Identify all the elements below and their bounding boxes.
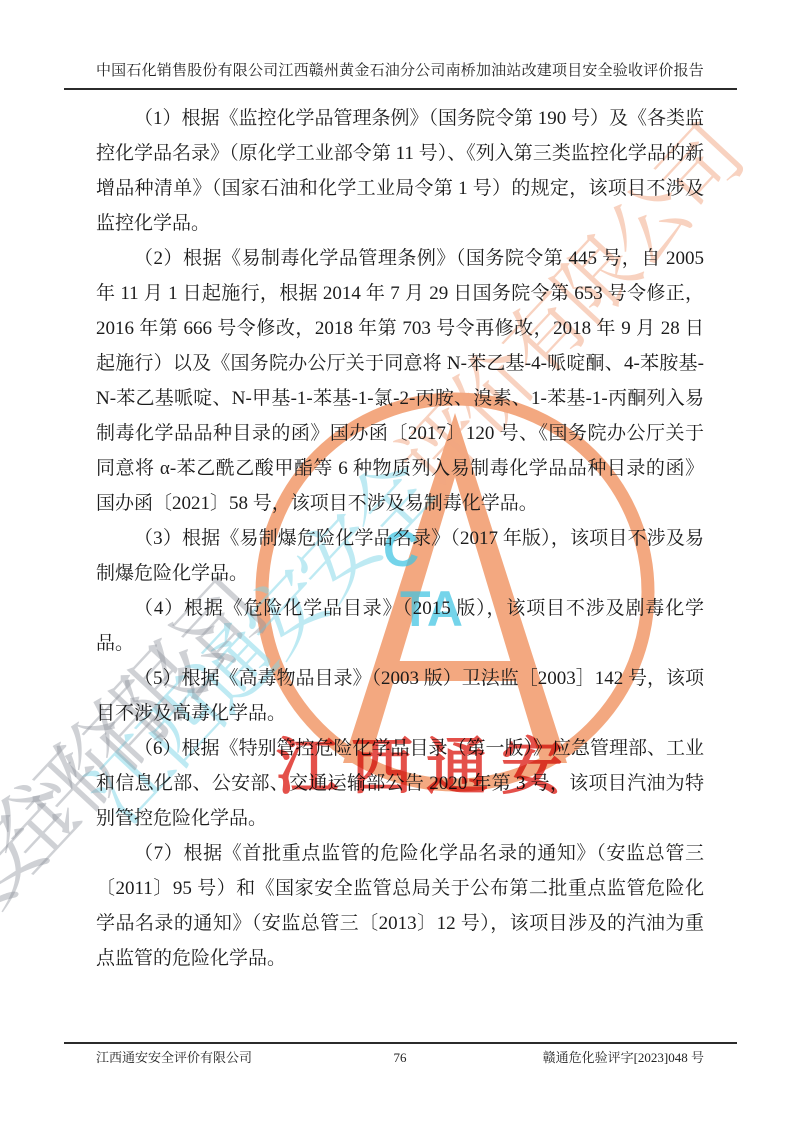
body-paragraph: （7）根据《首批重点监管的危险化学品名录的通知》（安监总管三〔2011〕95 号… [96, 836, 704, 976]
page-header-title: 中国石化销售股份有限公司江西赣州黄金石油分公司南桥加油站改建项目安全验收评价报告 [0, 60, 800, 82]
header-rule [64, 88, 737, 90]
body-paragraph: （6）根据《特别管控危险化学品目录（第一版）》应急管理部、工业和信息化部、公安部… [96, 731, 704, 836]
body-paragraph: （3）根据《易制爆危险化学品名录》（2017 年版），该项目不涉及易制爆危险化学… [96, 521, 704, 591]
document-page: 江西通安安全评价有限公司 江西通安安全评价有限公司 C TA 江西通安 中国石化… [0, 0, 800, 1131]
footer-doc-number: 赣通危化验评字[2023]048 号 [543, 1048, 704, 1068]
footer: 江西通安安全评价有限公司 76 赣通危化验评字[2023]048 号 [96, 1048, 704, 1068]
body-paragraph: （2）根据《易制毒化学品管理条例》（国务院令第 445 号，自 2005 年 1… [96, 241, 704, 521]
footer-rule [64, 1042, 737, 1044]
body-text: （1）根据《监控化学品管理条例》（国务院令第 190 号）及《各类监控化学品名录… [96, 101, 704, 976]
body-paragraph: （1）根据《监控化学品管理条例》（国务院令第 190 号）及《各类监控化学品名录… [96, 101, 704, 241]
body-paragraph: （5）根据《高毒物品目录》（2003 版）卫法监［2003］142 号，该项目不… [96, 661, 704, 731]
body-paragraph: （4）根据《危险化学品目录》（2015 版），该项目不涉及剧毒化学品。 [96, 591, 704, 661]
